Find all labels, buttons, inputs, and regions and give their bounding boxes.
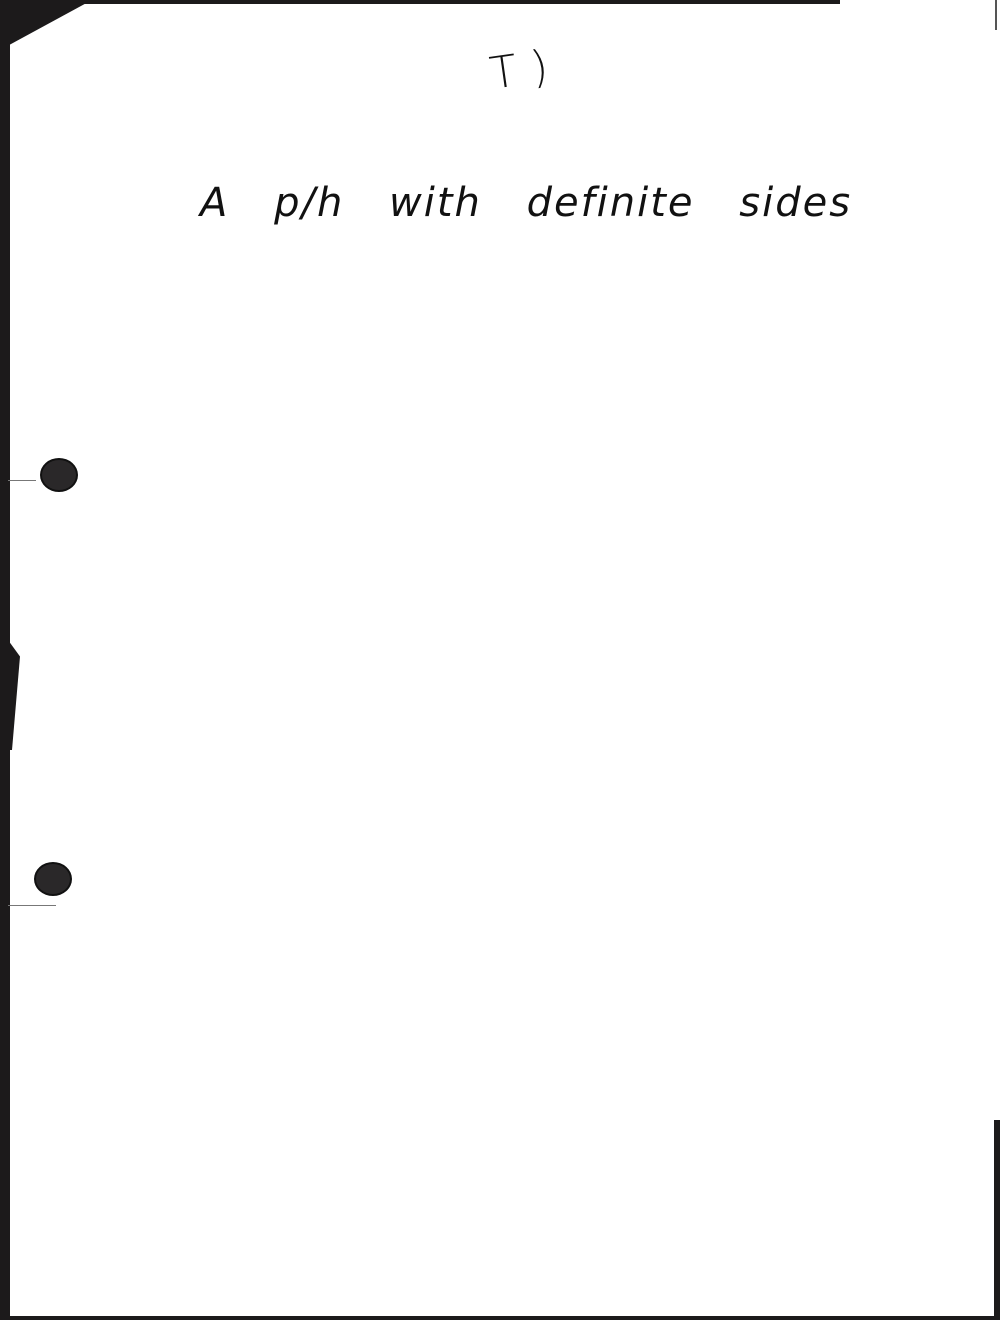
punch-hole-bottom	[34, 862, 72, 896]
folded-corner	[0, 0, 92, 50]
margin-mark	[8, 480, 36, 481]
scan-left-shadow	[0, 640, 20, 750]
scan-right-border	[994, 1120, 1000, 1320]
page-label: T)	[487, 39, 565, 100]
page-heading: A p/h with definite sides	[200, 180, 852, 226]
scan-top-border	[0, 0, 840, 4]
scan-bottom-border	[0, 1316, 1000, 1320]
margin-mark	[8, 905, 56, 906]
scan-right-mark	[995, 0, 997, 30]
punch-hole-top	[40, 458, 78, 492]
scanned-page: T) A p/h with definite sides	[0, 0, 1000, 1320]
